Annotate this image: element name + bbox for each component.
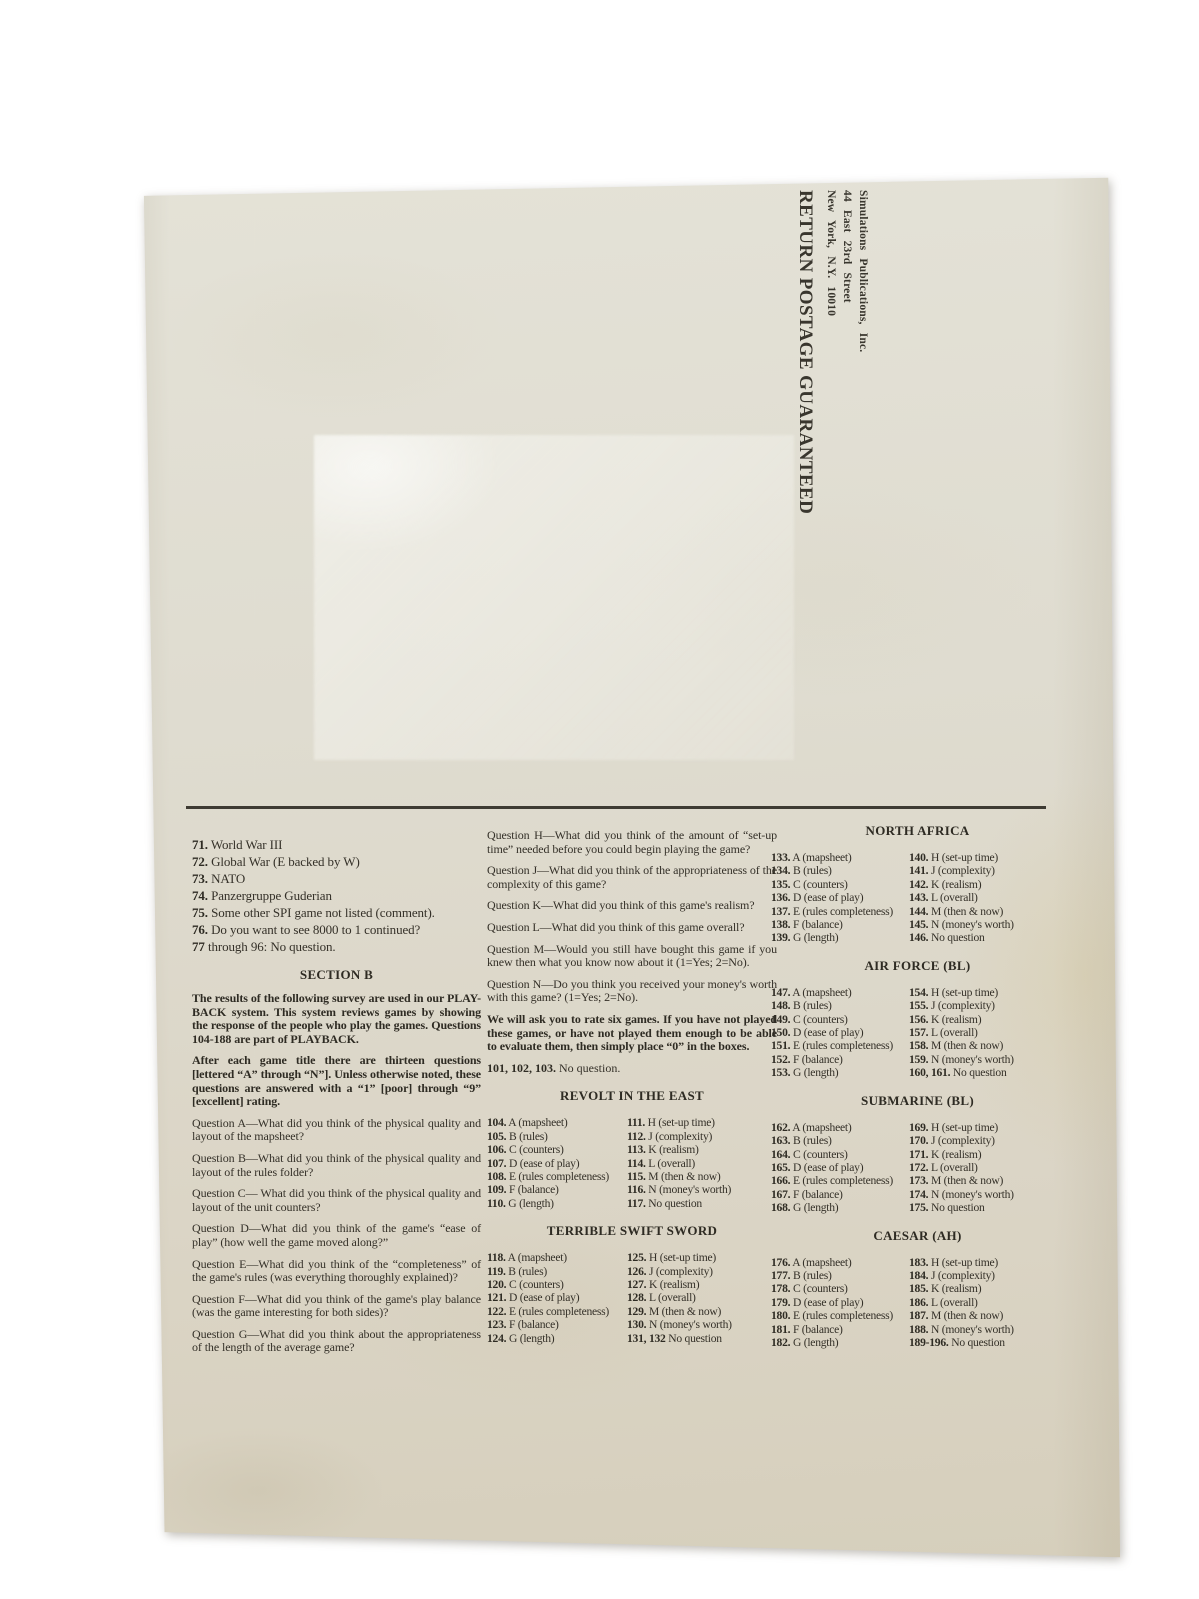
question-text: Question B—What did you think of the phy… — [192, 1152, 481, 1179]
rating-item: 153. G (length) — [771, 1066, 909, 1079]
question-text: Question J—What did you think of the app… — [487, 864, 777, 891]
question-text: Question N—Do you think you received you… — [487, 978, 777, 1005]
game-section-caesar: CAESAR (AH) 176. A (mapsheet) 183. H (se… — [771, 1228, 1064, 1350]
question-text: Question E—What did you think of the “co… — [192, 1258, 481, 1285]
section-b-intro: The results of the following survey are … — [192, 992, 481, 1046]
rating-item: 112. J (complexity) — [627, 1130, 777, 1143]
game-title: CAESAR (AH) — [771, 1228, 1064, 1244]
mailing-block: Simulations Publications, Inc. 44 East 2… — [794, 190, 870, 482]
rating-item: 167. F (balance) — [771, 1188, 909, 1201]
game-section-north-africa: NORTH AFRICA 133. A (mapsheet) 140. H (s… — [771, 823, 1064, 945]
rating-item: 120. C (counters) — [487, 1278, 627, 1291]
rating-item: 134. B (rules) — [771, 864, 909, 877]
rating-item: 121. D (ease of play) — [487, 1291, 627, 1304]
rating-item: 174. N (money's worth) — [909, 1188, 1064, 1201]
question-text: Question L—What did you think of this ga… — [487, 921, 777, 935]
rating-item: 105. B (rules) — [487, 1130, 627, 1143]
rating-item: 184. J (complexity) — [909, 1269, 1064, 1282]
game-section-terrible-swift-sword: TERRIBLE SWIFT SWORD 118. A (mapsheet) 1… — [487, 1223, 777, 1345]
rating-item: 180. E (rules completeness) — [771, 1309, 909, 1322]
game-title: SUBMARINE (BL) — [771, 1093, 1064, 1109]
sender-name: Simulations Publications, Inc. — [856, 190, 870, 482]
rating-item: 164. C (counters) — [771, 1148, 909, 1161]
rating-item: 115. M (then & now) — [627, 1170, 777, 1183]
rating-item: 158. M (then & now) — [909, 1039, 1064, 1052]
rating-item: 146. No question — [909, 931, 1064, 944]
rating-item: 106. C (counters) — [487, 1143, 627, 1156]
rating-item: 156. K (realism) — [909, 1013, 1064, 1026]
survey-list-item: 73. NATO — [192, 870, 481, 887]
photo-backdrop: Simulations Publications, Inc. 44 East 2… — [0, 0, 1199, 1599]
rating-grid: 147. A (mapsheet) 154. H (set-up time) 1… — [771, 986, 1064, 1080]
column-left: 71. World War III 72. Global War (E back… — [192, 836, 481, 1363]
rating-item: 136. D (ease of play) — [771, 891, 909, 904]
rating-item: 137. E (rules completeness) — [771, 905, 909, 918]
rating-item: 114. L (overall) — [627, 1157, 777, 1170]
rating-item: 149. C (counters) — [771, 1013, 909, 1026]
rating-item: 163. B (rules) — [771, 1134, 909, 1147]
rating-item: 130. N (money's worth) — [627, 1318, 777, 1331]
rating-item: 113. K (realism) — [627, 1143, 777, 1156]
rating-item: 143. L (overall) — [909, 891, 1064, 904]
rating-grid: 133. A (mapsheet) 140. H (set-up time) 1… — [771, 851, 1064, 945]
game-section-revolt-in-the-east: REVOLT IN THE EAST 104. A (mapsheet) 111… — [487, 1088, 777, 1210]
rating-item: 182. G (length) — [771, 1336, 909, 1349]
rating-item: 185. K (realism) — [909, 1282, 1064, 1295]
return-postage-notice: RETURN POSTAGE GUARANTEED — [794, 190, 816, 482]
game-title: REVOLT IN THE EAST — [487, 1088, 777, 1104]
rating-item: 177. B (rules) — [771, 1269, 909, 1282]
rating-item: 171. K (realism) — [909, 1148, 1064, 1161]
rating-item: 169. H (set-up time) — [909, 1121, 1064, 1134]
rating-item: 124. G (length) — [487, 1332, 627, 1345]
survey-list-item: 72. Global War (E backed by W) — [192, 853, 481, 870]
question-text: Question A—What did you think of the phy… — [192, 1117, 481, 1144]
address-label-area — [314, 435, 794, 760]
rating-item: 187. M (then & now) — [909, 1309, 1064, 1322]
rating-item: 116. N (money's worth) — [627, 1183, 777, 1196]
no-question-line: 101, 102, 103. No question. — [487, 1062, 777, 1076]
rating-item: 127. K (realism) — [627, 1278, 777, 1291]
rating-item: 152. F (balance) — [771, 1053, 909, 1066]
rating-item: 160, 161. No question — [909, 1066, 1064, 1079]
rating-item: 118. A (mapsheet) — [487, 1251, 627, 1264]
rating-item: 129. M (then & now) — [627, 1305, 777, 1318]
survey-list-item: 74. Panzergruppe Guderian — [192, 887, 481, 904]
magazine-back-page: Simulations Publications, Inc. 44 East 2… — [140, 168, 1122, 1560]
rating-item: 179. D (ease of play) — [771, 1296, 909, 1309]
rating-item: 165. D (ease of play) — [771, 1161, 909, 1174]
rating-item: 144. M (then & now) — [909, 905, 1064, 918]
rating-item: 173. M (then & now) — [909, 1174, 1064, 1187]
rating-item: 178. C (counters) — [771, 1282, 909, 1295]
rating-item: 188. N (money's worth) — [909, 1323, 1064, 1336]
rating-item: 162. A (mapsheet) — [771, 1121, 909, 1134]
question-text: Question F—What did you think of the gam… — [192, 1293, 481, 1320]
sender-street: 44 East 23rd Street — [840, 190, 854, 482]
rating-item: 117. No question — [627, 1197, 777, 1210]
rating-item: 154. H (set-up time) — [909, 986, 1064, 999]
rating-item: 175. No question — [909, 1201, 1064, 1214]
rating-item: 135. C (counters) — [771, 878, 909, 891]
rating-item: 183. H (set-up time) — [909, 1256, 1064, 1269]
rating-item: 104. A (mapsheet) — [487, 1116, 627, 1129]
rating-item: 110. G (length) — [487, 1197, 627, 1210]
section-b-heading: SECTION B — [192, 967, 481, 983]
rating-item: 189-196. No question — [909, 1336, 1064, 1349]
rating-item: 123. F (balance) — [487, 1318, 627, 1331]
rating-item: 141. J (complexity) — [909, 864, 1064, 877]
rating-item: 131, 132 No question — [627, 1332, 777, 1345]
rating-item: 166. E (rules completeness) — [771, 1174, 909, 1187]
rating-item: 133. A (mapsheet) — [771, 851, 909, 864]
rating-item: 145. N (money's worth) — [909, 918, 1064, 931]
survey-list-item: 75. Some other SPI game not listed (comm… — [192, 904, 481, 921]
game-title: NORTH AFRICA — [771, 823, 1064, 839]
question-text: Question K—What did you think of this ga… — [487, 899, 777, 913]
rating-item: 140. H (set-up time) — [909, 851, 1064, 864]
survey-list-item: 71. World War III — [192, 836, 481, 853]
rating-item: 147. A (mapsheet) — [771, 986, 909, 999]
rating-grid: 104. A (mapsheet) 111. H (set-up time) 1… — [487, 1116, 777, 1210]
rating-item: 125. H (set-up time) — [627, 1251, 777, 1264]
question-text: Question H—What did you think of the amo… — [487, 829, 777, 856]
divider-rule — [186, 806, 1046, 809]
rating-item: 142. K (realism) — [909, 878, 1064, 891]
rating-grid: 118. A (mapsheet) 125. H (set-up time) 1… — [487, 1251, 777, 1345]
game-section-submarine: SUBMARINE (BL) 162. A (mapsheet) 169. H … — [771, 1093, 1064, 1215]
game-title: AIR FORCE (BL) — [771, 958, 1064, 974]
sender-city: New York, N.Y. 10010 — [824, 190, 838, 482]
game-section-air-force: AIR FORCE (BL) 147. A (mapsheet) 154. H … — [771, 958, 1064, 1080]
rating-item: 122. E (rules completeness) — [487, 1305, 627, 1318]
rating-item: 126. J (complexity) — [627, 1265, 777, 1278]
rating-item: 128. L (overall) — [627, 1291, 777, 1304]
rating-item: 109. F (balance) — [487, 1183, 627, 1196]
section-b-intro: After each game title there are thirteen… — [192, 1054, 481, 1108]
rating-grid: 176. A (mapsheet) 183. H (set-up time) 1… — [771, 1256, 1064, 1350]
rating-grid: 162. A (mapsheet) 169. H (set-up time) 1… — [771, 1121, 1064, 1215]
rating-item: 176. A (mapsheet) — [771, 1256, 909, 1269]
rating-item: 151. E (rules completeness) — [771, 1039, 909, 1052]
question-text: Question G—What did you think about the … — [192, 1328, 481, 1355]
game-title: TERRIBLE SWIFT SWORD — [487, 1223, 777, 1239]
rating-item: 107. D (ease of play) — [487, 1157, 627, 1170]
rating-item: 172. L (overall) — [909, 1161, 1064, 1174]
question-text: Question D—What did you think of the gam… — [192, 1222, 481, 1249]
rating-item: 186. L (overall) — [909, 1296, 1064, 1309]
rating-item: 139. G (length) — [771, 931, 909, 944]
rating-item: 111. H (set-up time) — [627, 1116, 777, 1129]
question-text: Question M—Would you still have bought t… — [487, 943, 777, 970]
rate-six-games-note: We will ask you to rate six games. If yo… — [487, 1013, 777, 1054]
rating-item: 168. G (length) — [771, 1201, 909, 1214]
rating-item: 138. F (balance) — [771, 918, 909, 931]
survey-list-item: 77 through 96: No question. — [192, 938, 481, 955]
column-right: NORTH AFRICA 133. A (mapsheet) 140. H (s… — [771, 823, 1064, 1349]
rating-item: 170. J (complexity) — [909, 1134, 1064, 1147]
rating-item: 157. L (overall) — [909, 1026, 1064, 1039]
rating-item: 150. D (ease of play) — [771, 1026, 909, 1039]
rating-item: 159. N (money's worth) — [909, 1053, 1064, 1066]
survey-list-item: 76. Do you want to see 8000 to 1 continu… — [192, 921, 481, 938]
rating-item: 155. J (complexity) — [909, 999, 1064, 1012]
paper-sheet: Simulations Publications, Inc. 44 East 2… — [140, 168, 1122, 1560]
rating-item: 148. B (rules) — [771, 999, 909, 1012]
question-text: Question C— What did you think of the ph… — [192, 1187, 481, 1214]
rating-item: 181. F (balance) — [771, 1323, 909, 1336]
rating-item: 108. E (rules completeness) — [487, 1170, 627, 1183]
column-middle: Question H—What did you think of the amo… — [487, 829, 777, 1345]
rating-item: 119. B (rules) — [487, 1265, 627, 1278]
